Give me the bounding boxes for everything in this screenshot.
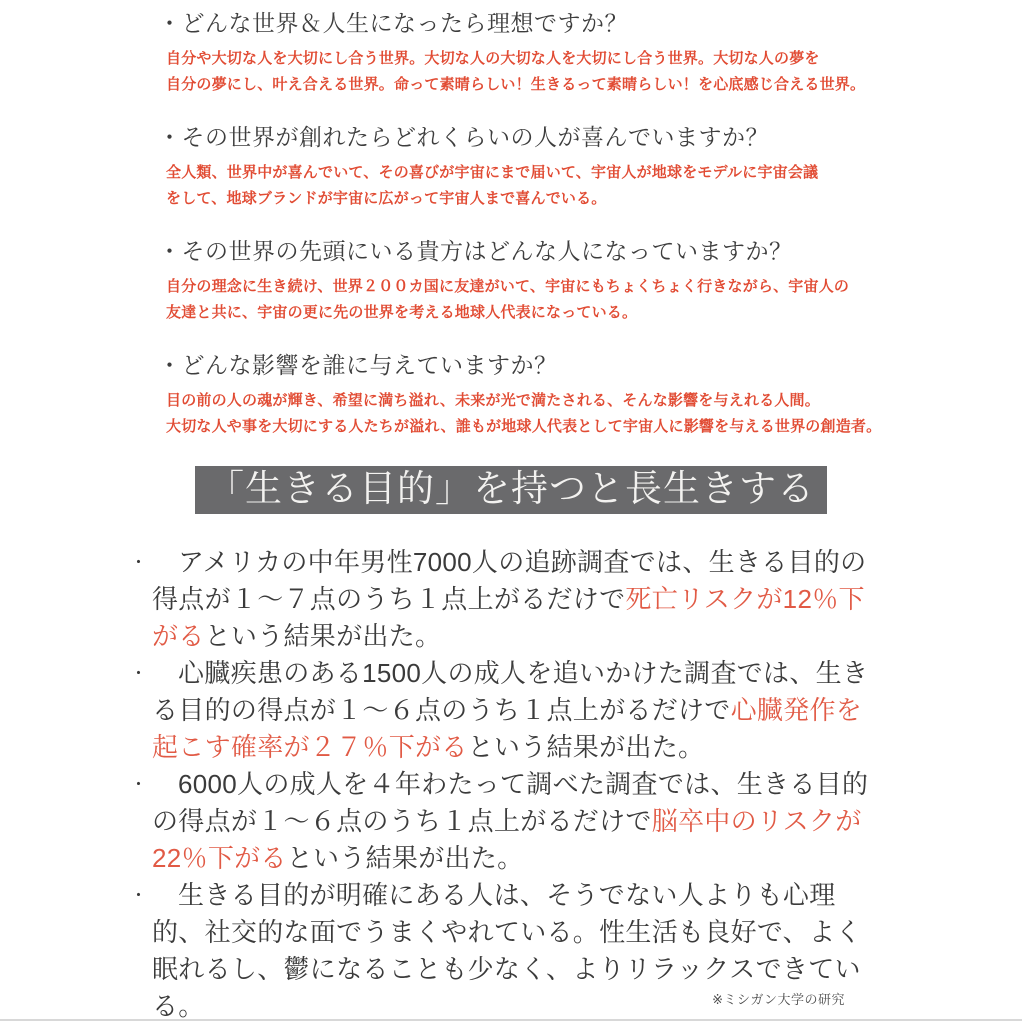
question-answer: 自分や大切な人を大切にし合う世界。大切な人の大切な人を大切にし合う世界。大切な人… — [166, 46, 1022, 98]
finding-item-1: ・ アメリカの中年男性7000人の追跡調査では、生きる目的の得点が１〜７点のうち… — [130, 544, 1022, 655]
bullet-icon: ・ — [130, 544, 152, 582]
answer-line: 友達と共に、宇宙の更に先の世界を考える地球人代表になっている。 — [166, 300, 1022, 326]
bullet-icon: ・ — [130, 766, 152, 804]
bullet-icon: ・ — [130, 877, 152, 915]
bullet-icon: ・ — [130, 655, 152, 693]
answer-line: 自分の夢にし、叶え合える世界。命って素晴らしい！生きるって素晴らしい！を心底感じ… — [166, 72, 1022, 98]
answer-line: をして、地球ブランドが宇宙に広がって宇宙人まで喜んでいる。 — [166, 186, 1022, 212]
question-block-3: ・その世界の先頭にいる貴方はどんな人になっていますか？ 自分の理念に生き続け、世… — [0, 236, 1022, 326]
question-label: ・その世界の先頭にいる貴方はどんな人になっていますか？ — [158, 236, 1022, 266]
question-answer: 全人類、世界中が喜んでいて、その喜びが宇宙にまで届いて、宇宙人が地球をモデルに宇… — [166, 160, 1022, 212]
answer-line: 自分の理念に生き続け、世界２００カ国に友達がいて、宇宙にもちょくちょく行きながら… — [166, 274, 1022, 300]
question-block-4: ・どんな影響を誰に与えていますか？ 目の前の人の魂が輝き、希望に満ち溢れ、未来が… — [0, 350, 1022, 440]
finding-text: 6000人の成人を４年わたって調べた調査では、生きる目的の得点が１〜６点のうち１… — [152, 766, 882, 877]
question-answer: 自分の理念に生き続け、世界２００カ国に友達がいて、宇宙にもちょくちょく行きながら… — [166, 274, 1022, 326]
question-block-1: ・どんな世界＆人生になったら理想ですか？ 自分や大切な人を大切にし合う世界。大切… — [0, 8, 1022, 98]
finding-post: という結果が出た。 — [205, 621, 442, 651]
finding-item-4: ・ 生きる目的が明確にある人は、そうでない人よりも心理的、社交的な面でうまくやれ… — [130, 877, 1022, 1024]
question-label: ・その世界が創れたらどれくらいの人が喜んでいますか？ — [158, 122, 1022, 152]
finding-item-3: ・ 6000人の成人を４年わたって調べた調査では、生きる目的の得点が１〜６点のう… — [130, 766, 1022, 877]
question-block-2: ・その世界が創れたらどれくらいの人が喜んでいますか？ 全人類、世界中が喜んでいて… — [0, 122, 1022, 212]
section-heading: 「生きる目的」を持つと長生きする — [195, 466, 827, 514]
answer-line: 全人類、世界中が喜んでいて、その喜びが宇宙にまで届いて、宇宙人が地球をモデルに宇… — [166, 160, 1022, 186]
question-label: ・どんな世界＆人生になったら理想ですか？ — [158, 8, 1022, 38]
finding-text: アメリカの中年男性7000人の追跡調査では、生きる目的の得点が１〜７点のうち１点… — [152, 544, 882, 655]
findings-list: ・ アメリカの中年男性7000人の追跡調査では、生きる目的の得点が１〜７点のうち… — [130, 544, 1022, 1024]
answer-line: 自分や大切な人を大切にし合う世界。大切な人の大切な人を大切にし合う世界。大切な人… — [166, 46, 1022, 72]
finding-post: という結果が出た。 — [287, 843, 524, 873]
finding-item-2: ・ 心臓疾患のある1500人の成人を追いかけた調査では、生きる目的の得点が１〜６… — [130, 655, 1022, 766]
footnote: ※ミシガン大学の研究 — [712, 989, 845, 1008]
slide-page: ・どんな世界＆人生になったら理想ですか？ 自分や大切な人を大切にし合う世界。大切… — [0, 0, 1022, 1024]
finding-text: 心臓疾患のある1500人の成人を追いかけた調査では、生きる目的の得点が１〜６点の… — [152, 655, 882, 766]
bottom-divider — [0, 1019, 1022, 1021]
answer-line: 大切な人や事を大切にする人たちが溢れ、誰もが地球人代表として宇宙人に影響を与える… — [166, 414, 1022, 440]
question-label: ・どんな影響を誰に与えていますか？ — [158, 350, 1022, 380]
finding-post: という結果が出た。 — [468, 732, 705, 762]
question-answer: 目の前の人の魂が輝き、希望に満ち溢れ、未来が光で満たされる、そんな影響を与えれる… — [166, 388, 1022, 440]
qa-section: ・どんな世界＆人生になったら理想ですか？ 自分や大切な人を大切にし合う世界。大切… — [0, 0, 1022, 440]
answer-line: 目の前の人の魂が輝き、希望に満ち溢れ、未来が光で満たされる、そんな影響を与えれる… — [166, 388, 1022, 414]
heading-row: 「生きる目的」を持つと長生きする — [0, 466, 1022, 514]
